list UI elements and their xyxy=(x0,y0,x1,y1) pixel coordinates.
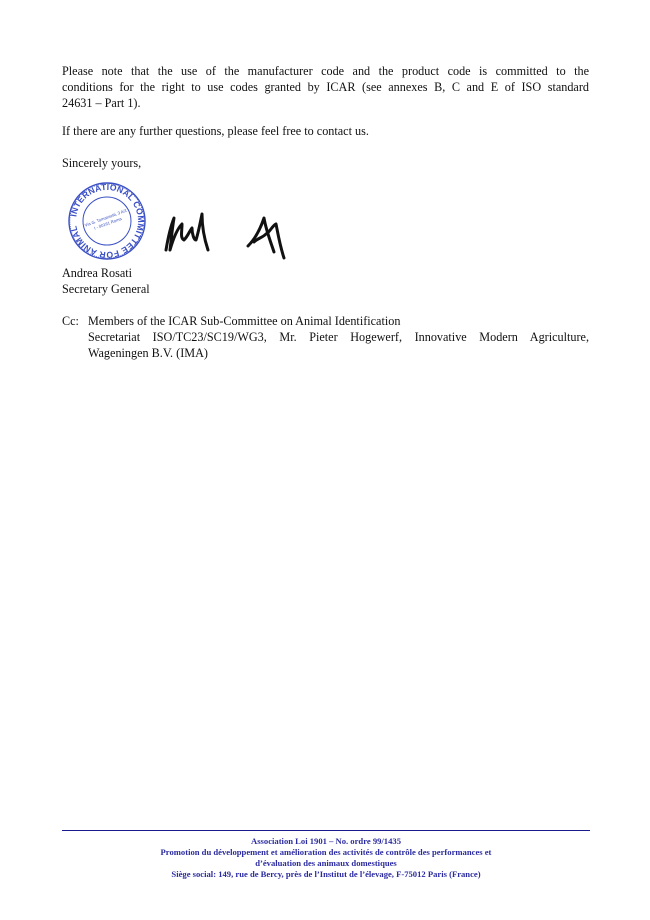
organization-seal-icon: INTERNATIONAL COMMITTEE FOR ANIMAL RECOR… xyxy=(62,181,152,261)
handwritten-signature-icon xyxy=(158,206,298,266)
paragraph-line: 24631 – Part 1). xyxy=(62,95,589,111)
cc-recipient-line: Members of the ICAR Sub-Committee on Ani… xyxy=(88,313,589,329)
paragraph-contact: If there are any further questions, plea… xyxy=(62,123,589,139)
cc-recipients: Members of the ICAR Sub-Committee on Ani… xyxy=(88,313,589,361)
footer-line: Siège social: 149, rue de Bercy, près de… xyxy=(62,869,590,880)
closing-salutation: Sincerely yours, xyxy=(62,156,141,171)
signer-title: Secretary General xyxy=(62,281,150,297)
cc-recipient-line: Secretariat ISO/TC23/SC19/WG3, Mr. Piete… xyxy=(88,329,589,345)
cc-recipient-line: Wageningen B.V. (IMA) xyxy=(88,345,589,361)
footer-line: d’évaluation des animaux domestiques xyxy=(62,858,590,869)
footer-line: Promotion du développement et améliorati… xyxy=(62,847,590,858)
cc-label: Cc: xyxy=(62,313,79,329)
signer-name: Andrea Rosati xyxy=(62,265,150,281)
signer-block: Andrea Rosati Secretary General xyxy=(62,265,150,297)
paragraph-line: Please note that the use of the manufact… xyxy=(62,63,589,79)
footer: Association Loi 1901 – No. ordre 99/1435… xyxy=(62,836,590,880)
footer-divider xyxy=(62,830,590,831)
paragraph-line: conditions for the right to use codes gr… xyxy=(62,79,589,95)
footer-line: Association Loi 1901 – No. ordre 99/1435 xyxy=(62,836,590,847)
paragraph-code-usage: Please note that the use of the manufact… xyxy=(62,63,589,111)
cc-block: Cc: Members of the ICAR Sub-Committee on… xyxy=(62,313,589,361)
